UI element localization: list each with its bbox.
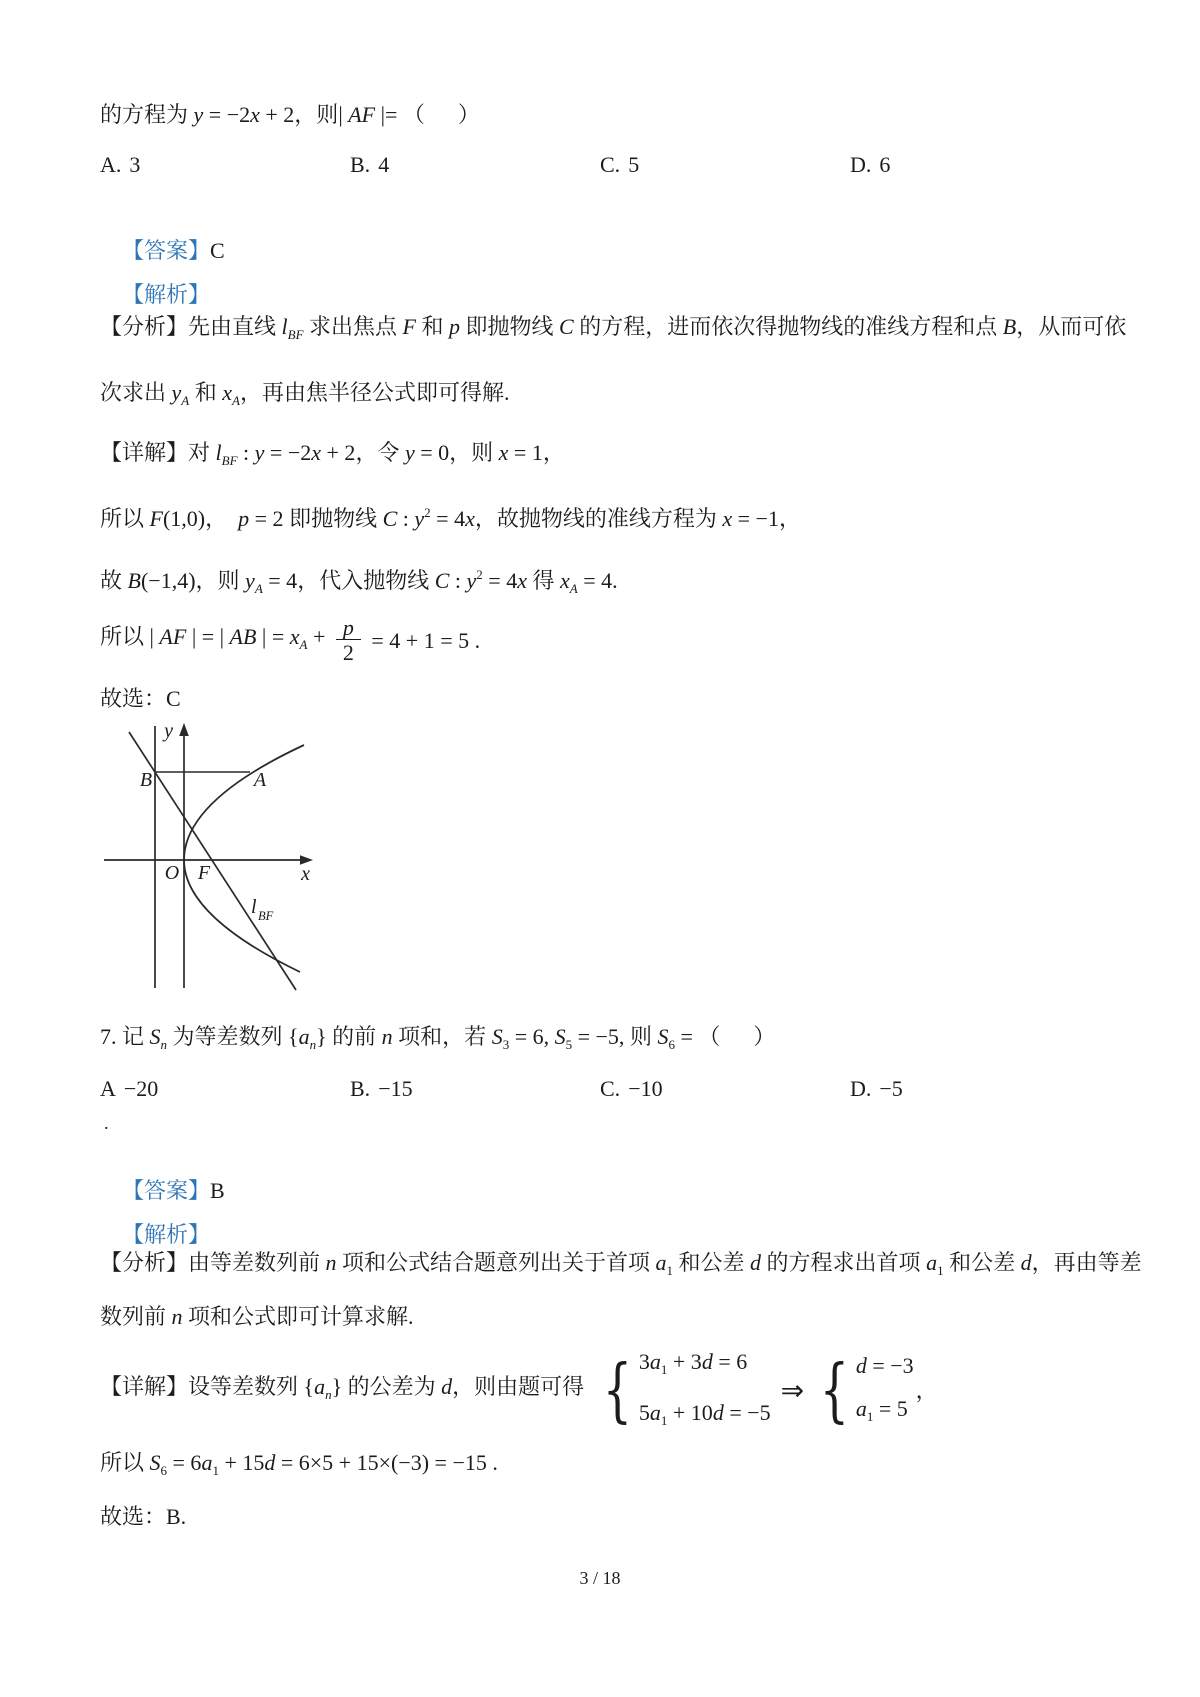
fraction-p-over-2: p 2 [336,616,361,666]
q7-option-d: D.−5 [850,1076,1100,1102]
line-lBF-label: l [251,896,257,918]
analysis-label: 【解析】 [122,1222,210,1247]
q6-detail4-pre: 所以 | AF | = | AB | = xA + [100,620,331,662]
parabola-curve [184,745,304,972]
exam-page: 的方程为 y = −2x + 2，则| AF |= （ ） A.3 B.4 C.… [0,0,1200,1697]
q7-detail-pre: 【详解】设等差数列 {an} 的公差为 d，则由题可得 [100,1370,595,1412]
equation-system-2: { d = −3a1 = 5 [814,1349,914,1434]
line-lBF-label-sub: BF [258,909,274,923]
q6-option-c: C.5 [600,152,850,178]
q7-choice-line: 故选：B. [100,1500,186,1534]
q6-option-a: A.3 [100,152,350,178]
q7-fenxi-line-1: 【分析】由等差数列前 n 项和公式结合题意列出关于首项 a1 和公差 d 的方程… [100,1246,1142,1288]
q7-option-c: C.−10 [600,1076,850,1102]
q6-detail-line-1: 【详解】对 lBF : y = −2x + 2，令 y = 0，则 x = 1， [100,436,565,478]
q6-option-d: D.6 [850,152,1100,178]
q7-s6-line: 所以 S6 = 6a1 + 15d = 6×5 + 15×(−3) = −15 … [100,1446,498,1488]
q6-choice-line: 故选：C [100,682,181,716]
y-axis-label: y [162,720,173,742]
left-brace: { [820,1356,849,1425]
q7-option-a-stray-dot: . [104,1106,109,1140]
q7-detail-line: 【详解】设等差数列 {an} 的公差为 d，则由题可得 { 3a1 + 3d =… [100,1345,938,1437]
q6-fenxi-line-2: 次求出 yA 和 xA，再由焦半径公式即可得解. [100,376,509,418]
q6-options-row: A.3 B.4 C.5 D.6 [100,152,1110,178]
q7-option-b: B.−15 [350,1076,600,1102]
fraction-denominator: 2 [336,639,361,666]
point-B-label: B [140,769,152,791]
q6-option-b: B.4 [350,152,600,178]
analysis-label: 【解析】 [122,282,210,307]
answer-value: B [210,1178,225,1203]
page-footer: 3 / 18 [0,1568,1200,1589]
line-lBF [129,732,296,990]
x-axis-label: x [300,863,310,885]
answer-value: C [210,238,225,263]
y-axis-arrow [179,723,189,736]
q7-stem-line: 7. 记 Sn 为等差数列 {an} 的前 n 项和，若 S3 = 6, S5 … [100,1020,775,1062]
parabola-figure: y x B A O F l BF [98,720,330,1000]
equation-system-1: { 3a1 + 3d = 65a1 + 10d = −5 [597,1345,770,1438]
q6-detail-line-4: 所以 | AF | = | AB | = xA + p 2 = 4 + 1 = … [100,606,480,676]
q7-fenxi-line-2: 数列前 n 项和公式即可计算求解. [100,1300,414,1334]
q7-options-row: A−20 B.−15 C.−10 D.−5 [100,1076,1110,1102]
implies-arrow: ⇒ [781,1374,804,1408]
point-A-label: A [252,769,267,791]
q7-after-system: ， [916,1374,938,1408]
q6-detail4-post: = 4 + 1 = 5 . [366,624,480,658]
q6-detail-line-2: 所以 F(1,0)， p = 2 即抛物线 C : y2 = 4x，故抛物线的准… [100,496,801,536]
fraction-numerator: p [336,616,361,639]
q6-stem-line: 的方程为 y = −2x + 2，则| AF |= （ ） [100,98,480,132]
q6-fenxi-line-1: 【分析】先由直线 lBF 求出焦点 F 和 p 即抛物线 C 的方程，进而依次得… [100,310,1126,352]
origin-label: O [165,862,179,884]
q6-detail-line-3: 故 B(−1,4)，则 yA = 4，代入抛物线 C : y2 = 4x 得 x… [100,558,618,606]
left-brace: { [603,1356,632,1425]
q7-option-a: A−20 [100,1076,350,1102]
focus-F-label: F [197,862,211,884]
